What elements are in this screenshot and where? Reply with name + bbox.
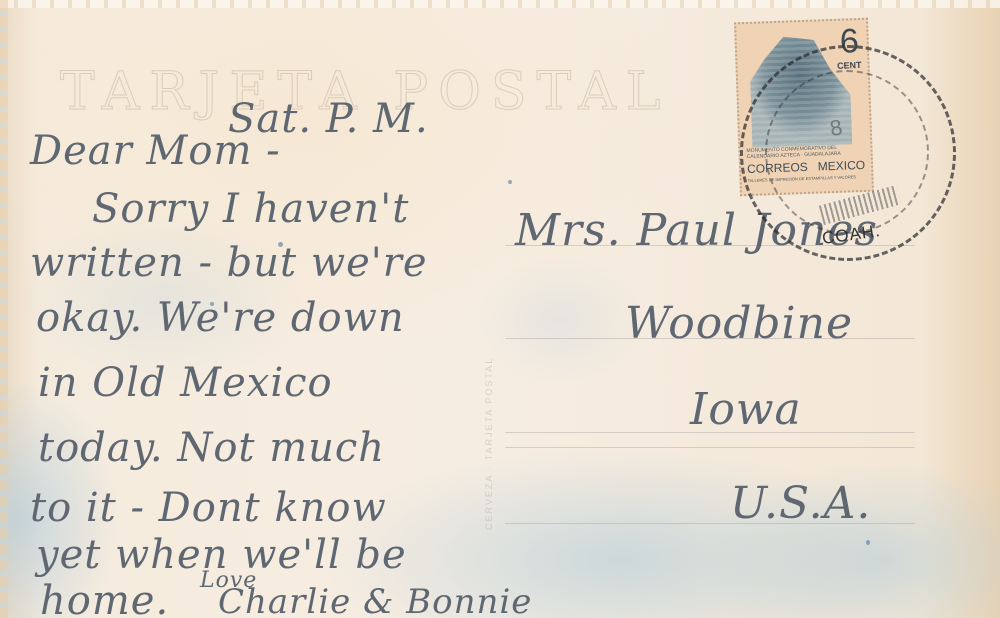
message-signature: Charlie & Bonnie [218,582,532,618]
message-line: Sorry I haven't [92,186,409,232]
address-line-country: U.S.A. [730,478,871,529]
deckled-top-edge [0,0,1000,8]
address-rule-4 [505,447,915,448]
message-line: today. Not much [38,425,385,471]
message-line: in Old Mexico [38,360,333,406]
ink-spot [508,180,512,184]
divider-vertical-text: CERVEZA · TARJETA POSTAL [484,230,498,530]
message-line: Dear Mom - [30,128,281,174]
address-line-city: Woodbine [625,298,853,349]
message-line: okay. We're down [36,295,405,341]
message-line: home. [40,578,169,618]
deckled-left-edge [0,0,8,618]
ink-spot [866,540,870,545]
ink-spot [278,242,283,247]
ink-spot [210,302,214,306]
address-line-state: Iowa [690,384,802,435]
message-line: written - but we're [30,240,428,286]
message-line: to it - Dont know [30,485,387,531]
postcard-back: TARJETA POSTAL CERVEZA · TARJETA POSTAL … [0,0,1000,618]
